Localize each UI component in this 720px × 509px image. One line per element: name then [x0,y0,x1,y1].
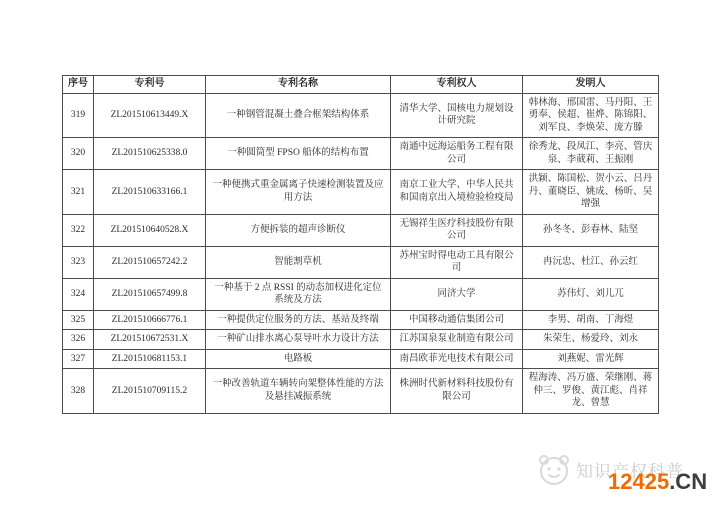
cell-inventors: 程海涛、冯万盛、荣继刚、蒋仲三、罗俊、黄江彪、肖祥龙、曾慧 [523,369,659,414]
cell-patent-no: ZL201510709115.2 [94,369,206,414]
cell-inventors: 洪颖、陈国松、贺小云、吕丹丹、董晓臣、姚成、杨昕、吴增强 [523,170,659,215]
cell-patent-no: ZL201510672531.X [94,330,206,350]
cell-index: 328 [63,369,94,414]
cell-holder: 无锡祥生医疗科技股份有限公司 [391,214,523,246]
table-body: 319 ZL201510613449.X 一种钢管混凝土叠合框架结构体系 清华大… [63,93,659,413]
document-page: 序号 专利号 专利名称 专利权人 发明人 319 ZL201510613449.… [0,0,720,509]
table-row: 320 ZL201510625338.0 一种圆筒型 FPSO 船体的结构布置 … [63,138,659,170]
cell-holder: 江苏国泉泵业制造有限公司 [391,330,523,350]
cell-index: 320 [63,138,94,170]
cell-index: 325 [63,310,94,330]
cell-patent-no: ZL201510657499.8 [94,278,206,310]
cell-holder: 中国移动通信集团公司 [391,310,523,330]
watermark: 知识产权科普 12425.CN [536,451,716,497]
column-header-holder: 专利权人 [391,76,523,94]
column-header-index: 序号 [63,76,94,94]
cell-name: 一种基于 2 点 RSSI 的动态加权进化定位系统及方法 [206,278,391,310]
table-header: 序号 专利号 专利名称 专利权人 发明人 [63,76,659,94]
table-row: 325 ZL201510666776.1 一种提供定位服务的方法、基站及终端 中… [63,310,659,330]
table-row: 323 ZL201510657242.2 智能割草机 苏州宝时得电动工具有限公司… [63,246,659,278]
cell-index: 323 [63,246,94,278]
brand-logo-icon [536,451,572,487]
cell-holder: 同济大学 [391,278,523,310]
cell-holder: 南通中远海运船务工程有限公司 [391,138,523,170]
cell-holder: 株洲时代新材料科技股份有限公司 [391,369,523,414]
column-header-patent-no: 专利号 [94,76,206,94]
cell-patent-no: ZL201510633166.1 [94,170,206,215]
cell-name: 一种便携式重金属离子快速检测装置及应用方法 [206,170,391,215]
cell-holder: 清华大学、国核电力规划设计研究院 [391,93,523,138]
table-row: 324 ZL201510657499.8 一种基于 2 点 RSSI 的动态加权… [63,278,659,310]
cell-index: 319 [63,93,94,138]
cell-inventors: 朱荣生、杨爱玲、刘永 [523,330,659,350]
table-row: 321 ZL201510633166.1 一种便携式重金属离子快速检测装置及应用… [63,170,659,215]
patent-table: 序号 专利号 专利名称 专利权人 发明人 319 ZL201510613449.… [62,75,659,414]
cell-inventors: 韩林海、邢国雷、马丹阳、王勇奉、侯超、崔烨、陈锦阳、刘军良、李焕荣、庞方滕 [523,93,659,138]
cell-holder: 南昌欧菲光电技术有限公司 [391,349,523,369]
cell-name: 方便拆装的超声诊断仪 [206,214,391,246]
table-row: 319 ZL201510613449.X 一种钢管混凝土叠合框架结构体系 清华大… [63,93,659,138]
cell-name: 一种钢管混凝土叠合框架结构体系 [206,93,391,138]
cell-name: 一种矿山排水离心泵导叶水力设计方法 [206,330,391,350]
cell-name: 电路板 [206,349,391,369]
watermark-site-number: 12425 [608,469,669,494]
table-row: 327 ZL201510681153.1 电路板 南昌欧菲光电技术有限公司 刘燕… [63,349,659,369]
column-header-inventors: 发明人 [523,76,659,94]
cell-patent-no: ZL201510613449.X [94,93,206,138]
cell-name: 一种提供定位服务的方法、基站及终端 [206,310,391,330]
cell-inventors: 苏伟灯、刘儿兀 [523,278,659,310]
cell-patent-no: ZL201510681153.1 [94,349,206,369]
header-row: 序号 专利号 专利名称 专利权人 发明人 [63,76,659,94]
cell-patent-no: ZL201510640528.X [94,214,206,246]
cell-inventors: 徐秀龙、段凤江、李亮、管庆泉、李葳莉、王振刚 [523,138,659,170]
cell-index: 326 [63,330,94,350]
cell-inventors: 刘燕妮、雷光辉 [523,349,659,369]
cell-index: 324 [63,278,94,310]
cell-inventors: 孙冬冬、彭春林、陆坚 [523,214,659,246]
cell-patent-no: ZL201510666776.1 [94,310,206,330]
table-row: 322 ZL201510640528.X 方便拆装的超声诊断仪 无锡祥生医疗科技… [63,214,659,246]
cell-patent-no: ZL201510625338.0 [94,138,206,170]
cell-index: 321 [63,170,94,215]
column-header-name: 专利名称 [206,76,391,94]
cell-inventors: 李男、胡南、丁海煜 [523,310,659,330]
cell-holder: 南京工业大学、中华人民共和国南京出入境检验检疫局 [391,170,523,215]
watermark-site-tld: .CN [669,469,707,494]
table-row: 328 ZL201510709115.2 一种改善轨道车辆转向架整体性能的方法及… [63,369,659,414]
cell-name: 一种改善轨道车辆转向架整体性能的方法及悬挂减振系统 [206,369,391,414]
cell-name: 智能割草机 [206,246,391,278]
cell-index: 327 [63,349,94,369]
watermark-site-text: 12425.CN [608,469,707,495]
cell-inventors: 冉沅忠、杜江、孙云红 [523,246,659,278]
cell-patent-no: ZL201510657242.2 [94,246,206,278]
cell-holder: 苏州宝时得电动工具有限公司 [391,246,523,278]
cell-index: 322 [63,214,94,246]
table-row: 326 ZL201510672531.X 一种矿山排水离心泵导叶水力设计方法 江… [63,330,659,350]
cell-name: 一种圆筒型 FPSO 船体的结构布置 [206,138,391,170]
